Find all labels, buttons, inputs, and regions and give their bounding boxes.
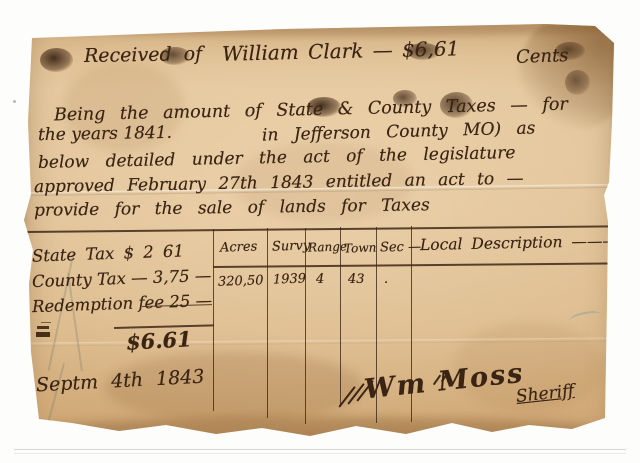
received-of-text: Received of — [84, 43, 203, 67]
scan-shadow-line — [14, 453, 626, 454]
body-line-2b: in Jefferson County MO) as — [262, 118, 536, 145]
table-column-line — [267, 228, 268, 418]
state-tax-line: State Tax $ 2 61 — [32, 241, 185, 265]
scan-speck — [13, 100, 16, 103]
cell-sec: . — [384, 272, 388, 287]
table-top-rule — [24, 225, 616, 232]
table-header-range: Range — [308, 239, 347, 254]
cents-text: Cents — [516, 45, 569, 68]
table-header-acres: Acres — [220, 239, 258, 255]
table-column-line — [305, 228, 306, 424]
ink-blot — [565, 70, 590, 95]
table-column-line — [340, 227, 341, 405]
document-scan: Received of William Clark — $6,61 Cents … — [0, 0, 640, 463]
table-header-survy: Survy — [272, 238, 311, 254]
scan-shadow-line — [14, 449, 626, 450]
cell-range: 4 — [316, 272, 324, 287]
redemption-fee-line: Redemption fee 25 — — [32, 291, 213, 316]
cell-acres: 320,50 — [218, 273, 264, 290]
body-line-4: approved February 27th 1843 entitled an … — [34, 169, 524, 198]
ink-blot — [40, 48, 73, 72]
paper-stain — [24, 22, 616, 36]
total-amount: $6.61 — [125, 326, 192, 354]
cell-town: 43 — [348, 272, 365, 287]
body-line-5: provide for the sale of lands for Taxes — [34, 195, 430, 221]
table-header-town: Town — [344, 240, 377, 255]
table-header-rule — [213, 262, 616, 267]
county-tax-line: County Tax — 3,75 — — [32, 266, 212, 291]
payer-amount-text: William Clark — $6,61 — [222, 36, 460, 65]
table-header-sec: Sec — — [380, 240, 421, 256]
pencil-scribble — [568, 309, 602, 326]
cell-survy: 1939 — [273, 271, 307, 287]
body-line-2a: the years 1841. — [38, 123, 172, 145]
receipt-paper: Received of William Clark — $6,61 Cents … — [24, 22, 616, 444]
paper-stain — [24, 417, 616, 447]
table-column-line — [213, 229, 214, 411]
ink-mark — [36, 332, 50, 337]
table-header-local-description: Local Description ——— — [420, 232, 618, 254]
